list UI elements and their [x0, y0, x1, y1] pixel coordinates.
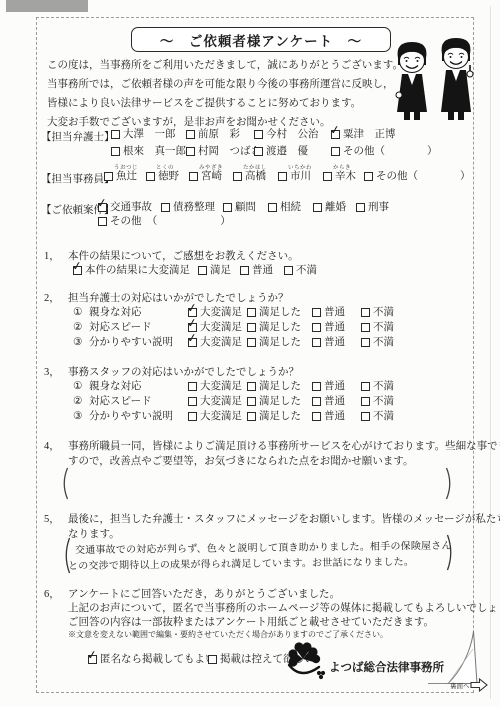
q4-text-line: 事務所職員一同，皆様によりご満足頂ける事務所サービスを心がけております。些細な事… [68, 438, 500, 453]
q6-text-line: アンケートにご回答いただき，ありがとうございました。 [68, 586, 340, 601]
rating-option[interactable]: 普通 [312, 322, 361, 334]
checkbox[interactable] [247, 382, 256, 391]
checkbox[interactable] [331, 147, 340, 156]
case-name: 交通事故 [110, 202, 152, 214]
q1-options: 本件の結果に大変満足 満足 普通 不満 [73, 265, 317, 277]
q6-text-line: ご回答の内容は一部抜粋またはアンケート用紙ごと載せさせていただきます。 [68, 614, 434, 629]
option-label: 大変満足 [200, 411, 242, 423]
checkbox[interactable] [189, 172, 198, 181]
close-bracket [445, 467, 455, 500]
case-name: 顧問 [235, 202, 256, 214]
intro-line: この度は，当事務所をご利用いただきまして，誠にありがとうございます。 [47, 56, 387, 75]
checkbox[interactable] [111, 130, 120, 139]
lawyer-name: その他（ ） [343, 146, 438, 158]
circled-number: ③ [73, 411, 89, 423]
case-option[interactable]: 相続 [268, 202, 313, 214]
rating-option[interactable]: 大変満足 [188, 337, 247, 349]
q3-text: 事務スタッフの対応はいかがでしたでしょうか？ [68, 364, 299, 379]
circled-number: ① [73, 307, 89, 319]
criteria-text: 親身な対応 [89, 307, 142, 319]
q1-number: 1， [44, 248, 60, 263]
checkbox[interactable] [186, 130, 195, 139]
option-label: 不満 [373, 322, 394, 334]
intro-line: 皆様により良い法律サービスをご提供することに努めております。 [47, 94, 387, 113]
lawyer-option[interactable]: 渡邉 優 [254, 146, 331, 158]
criteria-label: ①親身な対応 [73, 381, 188, 393]
staff-option[interactable]: いちかわ市川 [278, 165, 323, 183]
q5-text-line: 最後に，担当した弁護士・スタッフにメッセージをお願いします。皆様のメッセージが私… [68, 511, 500, 526]
criteria-text: 対応スピード [89, 396, 152, 408]
criteria-text: 分かりやすい説明 [89, 411, 173, 423]
option-label: 満足した [259, 322, 301, 334]
rating-option[interactable]: 満足した [247, 411, 312, 423]
checkbox[interactable] [323, 172, 332, 181]
page-title: ～ ご依頼者様アンケート ～ [131, 27, 391, 52]
option-label: 不満 [373, 411, 394, 423]
form-frame: ～ ご依頼者様アンケート ～ この度は，当事務所をご利用いただきまして，誠にあり… [36, 17, 474, 693]
checkbox-checked[interactable] [88, 655, 97, 664]
circled-number: ② [73, 396, 89, 408]
option-label: 普通 [324, 307, 345, 319]
staff-name: 辛木 [335, 171, 356, 183]
back-side-label[interactable]: 裏面へ [450, 681, 470, 690]
q1-option[interactable]: 満足 [198, 265, 240, 277]
checkbox[interactable] [247, 397, 256, 406]
staff-option[interactable]: からき辛木 [323, 165, 364, 183]
case-name: 刑事 [368, 202, 389, 214]
checkbox-checked[interactable] [331, 130, 340, 139]
q6-text-line: 上記のお声について，匿名で当事務所のホームページ等の媒体に掲載してもよろしいでし… [68, 600, 500, 615]
q2-text: 担当弁護士の対応はいかがでしたでしょうか？ [68, 290, 289, 305]
staff-option-other[interactable]: その他（ ） [364, 165, 471, 183]
q4-number: 4， [44, 438, 60, 453]
option-label: 普通 [324, 396, 345, 408]
checkbox[interactable] [111, 147, 120, 156]
criteria-label: ②対応スピード [73, 396, 188, 408]
checkbox[interactable] [208, 655, 217, 664]
lawyer-row-1: 大澤 一郎 前原 彩 今村 公治 粟津 正博 [111, 129, 396, 141]
rating-option[interactable]: 大変満足 [188, 411, 247, 423]
checkbox[interactable] [361, 412, 370, 421]
checkbox[interactable] [361, 397, 370, 406]
rating-option[interactable]: 大変満足 [188, 396, 247, 408]
staff-name: その他（ ） [376, 171, 471, 183]
case-option[interactable]: 顧問 [223, 202, 268, 214]
rating-option[interactable]: 普通 [312, 337, 361, 349]
lawyer-name: 前原 彩 [198, 129, 240, 141]
lawyer-option[interactable]: 根來 真一郎 [111, 146, 186, 158]
rating-option[interactable]: 不満 [361, 307, 394, 319]
case-name: その他 （ ） [110, 216, 231, 228]
intro-paragraph: この度は，当事務所をご利用いただきまして，誠にありがとうございます。 当事務所で… [47, 56, 387, 132]
criteria-label: ③分かりやすい説明 [73, 337, 188, 349]
rating-option[interactable]: 普通 [312, 396, 361, 408]
staff-row: うおつじ魚辻 とくの徳野 みやざき宮崎 たかはし高橋 いちかわ市川 からき辛木 … [104, 165, 471, 183]
case-name: 債務整理 [173, 202, 215, 214]
checkbox[interactable] [312, 382, 321, 391]
rating-option[interactable]: 満足した [247, 337, 312, 349]
option-label: 大変満足 [200, 381, 242, 393]
lawyer-name: 渡邉 優 [266, 146, 308, 158]
circled-number: ② [73, 322, 89, 334]
publish-option[interactable]: 匿名なら掲載してもよい [88, 654, 208, 666]
checkbox[interactable] [312, 338, 321, 347]
checkbox[interactable] [268, 203, 277, 212]
option-label: 普通 [324, 337, 345, 349]
checkbox[interactable] [188, 412, 197, 421]
checkbox[interactable] [361, 323, 370, 332]
rating-option[interactable]: 不満 [361, 396, 394, 408]
checkbox[interactable] [278, 172, 287, 181]
paper-edge-line [490, 6, 491, 699]
checkbox[interactable] [254, 147, 263, 156]
right-open-arrow-icon[interactable] [470, 678, 488, 692]
staff-name: 魚辻 [116, 171, 137, 183]
checkbox[interactable] [186, 147, 195, 156]
checkbox[interactable] [361, 382, 370, 391]
option-label: 満足した [259, 396, 301, 408]
criteria-text: 親身な対応 [89, 381, 142, 393]
q3-row: ②対応スピード 大変満足 満足した 普通 不満 [73, 396, 394, 408]
q3-row: ③分かりやすい説明 大変満足 満足した 普通 不満 [73, 411, 394, 423]
q3-row: ①親身な対応 大変満足 満足した 普通 不満 [73, 381, 394, 393]
circled-number: ③ [73, 337, 89, 349]
rating-option[interactable]: 普通 [312, 381, 361, 393]
checkbox[interactable] [361, 338, 370, 347]
option-label: 大変満足 [200, 307, 242, 319]
option-label: 普通 [324, 381, 345, 393]
q4-comment-area[interactable] [71, 467, 443, 500]
option-label: 大変満足 [200, 322, 242, 334]
rating-option[interactable]: 不満 [361, 381, 394, 393]
rating-option[interactable]: 不満 [361, 337, 394, 349]
option-label: 不満 [296, 265, 317, 277]
option-label: 満足 [210, 265, 231, 277]
option-label: 不満 [373, 337, 394, 349]
staff-name: 宮崎 [201, 171, 222, 183]
staff-option[interactable]: うおつじ魚辻 [104, 165, 146, 183]
lawyer-name: 村岡 つばさ [198, 146, 261, 158]
staff-name: 市川 [290, 171, 311, 183]
q5-number: 5， [44, 511, 60, 526]
lawyer-option[interactable]: 大澤 一郎 [111, 129, 186, 141]
checkbox[interactable] [312, 323, 321, 332]
q1-option[interactable]: 本件の結果に大変満足 [73, 265, 198, 277]
staff-option[interactable]: みやざき宮崎 [189, 165, 233, 183]
case-option[interactable]: 離婚 [313, 202, 356, 214]
case-option-other[interactable]: その他 （ ） [98, 216, 231, 228]
option-label: 匿名なら掲載してもよい [100, 654, 216, 666]
rating-option[interactable]: 満足した [247, 381, 312, 393]
q6-options: 匿名なら掲載してもよい 掲載は控えて欲しい [88, 654, 315, 666]
firm-name: よつば総合法律事務所 [329, 659, 444, 675]
case-name: 離婚 [325, 202, 346, 214]
lawyer-option[interactable]: 村岡 つばさ [186, 146, 254, 158]
checkbox[interactable] [247, 308, 256, 317]
rating-option[interactable]: 満足した [247, 322, 312, 334]
option-label: 普通 [324, 322, 345, 334]
checkbox[interactable] [161, 203, 170, 212]
q3-number: 3， [44, 364, 60, 379]
intro-line: 当事務所では，ご依頼者様の声を可能な限り今後の事務所運営に反映し， [47, 75, 387, 94]
open-bracket [59, 467, 69, 500]
staff-option[interactable]: とくの徳野 [146, 165, 189, 183]
lawyer-option[interactable]: 今村 公治 [254, 129, 331, 141]
lawyer-option[interactable]: 前原 彩 [186, 129, 254, 141]
q6-number: 6， [44, 586, 60, 601]
case-row: 交通事故 債務整理 顧問 相続 離婚 刑事 [98, 202, 389, 214]
option-label: 満足した [259, 337, 301, 349]
staff-option[interactable]: たかはし高橋 [233, 165, 278, 183]
option-label: 満足した [259, 307, 301, 319]
case-option[interactable]: 刑事 [356, 202, 389, 214]
checkbox[interactable] [284, 266, 293, 275]
option-label: 満足した [259, 411, 301, 423]
q2-row: ②対応スピード 大変満足 満足した 普通 不満 [73, 322, 394, 334]
rating-option[interactable]: 不満 [361, 322, 394, 334]
option-label: 満足した [259, 381, 301, 393]
case-name: 相続 [280, 202, 301, 214]
lawyer-row-2: 根來 真一郎 村岡 つばさ 渡邉 優 その他（ ） [111, 146, 438, 158]
criteria-label: ②対応スピード [73, 322, 188, 334]
q2-row: ③分かりやすい説明 大変満足 満足した 普通 不満 [73, 337, 394, 349]
lawyer-option[interactable]: 粟津 正博 [331, 129, 396, 141]
checkbox[interactable] [188, 382, 197, 391]
option-label: 不満 [373, 396, 394, 408]
rating-option[interactable]: 大変満足 [188, 307, 247, 319]
option-label: 大変満足 [200, 396, 242, 408]
lawyers-section-label: 【担当弁護士】 [41, 129, 115, 144]
criteria-label: ③分かりやすい説明 [73, 411, 188, 423]
q1-option[interactable]: 普通 [240, 265, 284, 277]
rating-option[interactable]: 不満 [361, 411, 394, 423]
q1-text: 本件の結果について，ご感想をお教えください。 [68, 248, 299, 263]
checkbox[interactable] [146, 172, 155, 181]
lawyer-name: 粟津 正博 [343, 129, 396, 141]
four-leaf-clover-logo-icon [287, 640, 325, 682]
checkbox[interactable] [98, 217, 107, 226]
q1-option[interactable]: 不満 [284, 265, 317, 277]
two-businessmen-mascots-icon [391, 38, 479, 140]
circled-number: ① [73, 381, 89, 393]
staff-name: 徳野 [158, 171, 179, 183]
option-label: 本件の結果に大変満足 [85, 265, 190, 277]
checkbox-checked[interactable] [188, 338, 197, 347]
checkbox[interactable] [104, 172, 113, 181]
rating-option[interactable]: 大変満足 [188, 381, 247, 393]
checkbox[interactable] [247, 323, 256, 332]
scanner-artifact-bar [6, 0, 88, 12]
checkbox[interactable] [188, 397, 197, 406]
option-label: 普通 [252, 265, 273, 277]
rating-option[interactable]: 普通 [312, 411, 361, 423]
lawyer-option-other[interactable]: その他（ ） [331, 146, 438, 158]
lawyer-name: 今村 公治 [266, 129, 319, 141]
lawyer-name: 根來 真一郎 [123, 146, 186, 158]
checkbox[interactable] [361, 308, 370, 317]
option-label: 大変満足 [200, 337, 242, 349]
checkbox[interactable] [198, 266, 207, 275]
criteria-label: ①親身な対応 [73, 307, 188, 319]
q4-text-line: すので，改善点やご要望等，お気づきになられた点をお聞かせ願います。 [68, 453, 413, 468]
case-option[interactable]: 債務整理 [161, 202, 223, 214]
handwritten-message-line: との交渉で期待以上の成果が得られ満足しています。お世話になりました。 [68, 553, 414, 572]
checkbox[interactable] [240, 266, 249, 275]
option-label: 普通 [324, 411, 345, 423]
q6-note: ※文意を変えない範囲で編集・要約させていただく場合がありますのでご了承ください。 [68, 629, 388, 640]
q2-row: ①親身な対応 大変満足 満足した 普通 不満 [73, 307, 394, 319]
case-row-other: その他 （ ） [98, 216, 231, 228]
option-label: 不満 [373, 307, 394, 319]
checkbox-checked[interactable] [98, 203, 107, 212]
rating-option[interactable]: 大変満足 [188, 322, 247, 334]
staff-name: 高橋 [245, 171, 266, 183]
option-label: 不満 [373, 381, 394, 393]
case-option[interactable]: 交通事故 [98, 202, 161, 214]
checkbox[interactable] [223, 203, 232, 212]
checkbox[interactable] [247, 412, 256, 421]
checkbox[interactable] [247, 338, 256, 347]
criteria-text: 分かりやすい説明 [89, 337, 173, 349]
checkbox[interactable] [313, 203, 322, 212]
q5-text-line: なります。 [68, 526, 120, 541]
q2-number: 2， [44, 290, 60, 305]
checkbox[interactable] [356, 203, 365, 212]
checkbox[interactable] [312, 308, 321, 317]
checkbox[interactable] [233, 172, 242, 181]
checkbox[interactable] [312, 412, 321, 421]
criteria-text: 対応スピード [89, 322, 152, 334]
checkbox-checked[interactable] [73, 266, 82, 275]
checkbox[interactable] [254, 130, 263, 139]
checkbox[interactable] [312, 397, 321, 406]
rating-option[interactable]: 満足した [247, 396, 312, 408]
checkbox[interactable] [364, 172, 373, 181]
rating-option[interactable]: 満足した [247, 307, 312, 319]
lawyer-name: 大澤 一郎 [123, 129, 176, 141]
rating-option[interactable]: 普通 [312, 307, 361, 319]
